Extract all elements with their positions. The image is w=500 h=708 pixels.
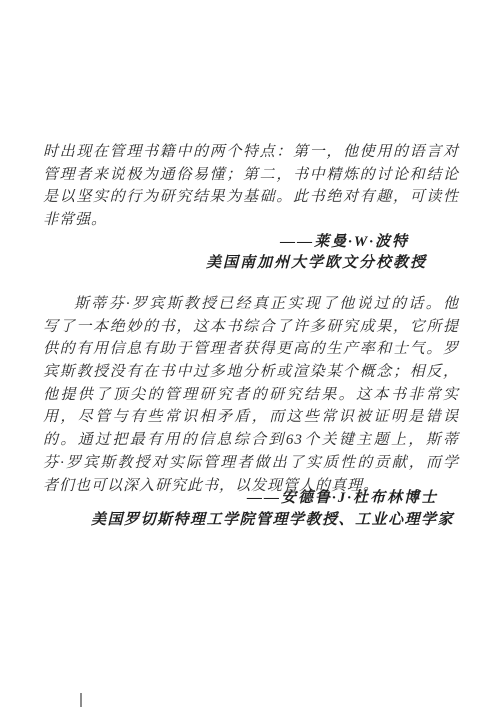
scan-artifact-mark [80,693,82,707]
quote-2-line: 宾斯教授没有在书中过多地分析或渲染某个概念；相反， [43,361,459,384]
quote-2-line: 他提供了顶尖的管理研究者的研究结果。这本书非常实 [43,384,459,407]
quote-1-line: 管理者来说极为通俗易懂；第二，书中精炼的讨论和结论 [43,164,459,187]
quote-2-attribution-title: 美国罗切斯特理工学院管理学教授、工业心理学家 [43,509,459,531]
quote-2-attribution-name: ——安德鲁·J·杜布林博士 [43,487,459,509]
quote-2-line: 用，尽管与有些常识相矛盾，而这些常识被证明是错误 [43,406,459,429]
quote-1-attribution-title: 美国南加州大学欧文分校教授 [43,252,459,274]
quote-2-line: 供的有用信息有助于管理者获得更高的生产率和士气。罗 [43,338,459,361]
quote-2-line: 芬·罗宾斯教授对实际管理者做出了实质性的贡献，而学 [43,452,459,475]
quote-1-line: 是以坚实的行为研究结果为基础。此书绝对有趣，可读性 [43,186,459,209]
quote-2-line: 斯蒂芬·罗宾斯教授已经真正实现了他说过的话。他 [43,293,459,316]
quote-1-line: 时出现在管理书籍中的两个特点：第一，他使用的语言对 [43,141,459,164]
quote-1-line: 非常强。 [43,209,459,232]
quote-2-line: 的。通过把最有用的信息综合到63个关键主题上，斯蒂 [43,429,459,452]
quote-1-paragraph: 时出现在管理书籍中的两个特点：第一，他使用的语言对 管理者来说极为通俗易懂；第二… [43,141,459,232]
scanned-book-page: 时出现在管理书籍中的两个特点：第一，他使用的语言对 管理者来说极为通俗易懂；第二… [0,0,500,708]
quote-2-paragraph: 斯蒂芬·罗宾斯教授已经真正实现了他说过的话。他 写了一本绝妙的书，这本书综合了许… [43,293,459,497]
quote-1-attribution-name: ——莱曼·W·波特 [43,231,459,253]
quote-2-line: 写了一本绝妙的书，这本书综合了许多研究成果，它所提 [43,316,459,339]
